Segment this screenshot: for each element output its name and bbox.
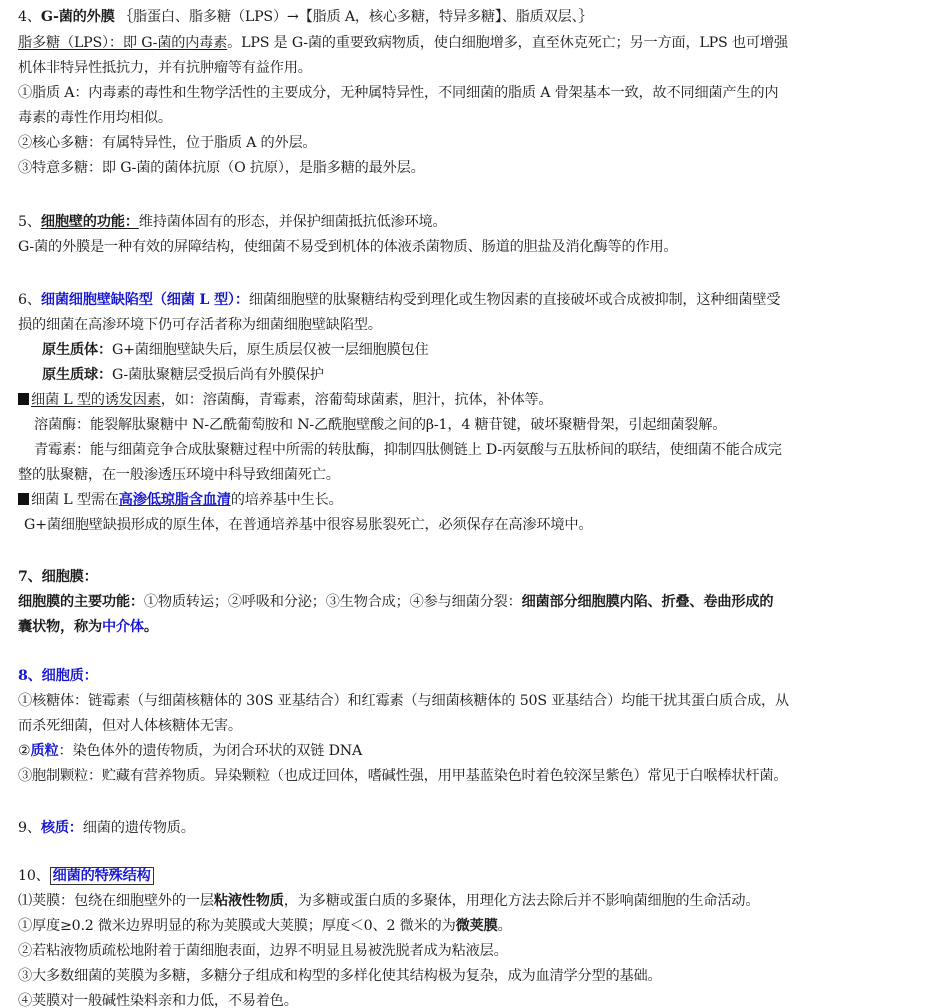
section-5-heading: 5、细胞壁的功能：维持菌体固有的形态，并保护细菌抵抗低渗环境。	[18, 212, 446, 234]
capsule-item-1: ①厚度≥0.2 微米边界明显的称为荚膜或大荚膜；厚度＜0、2 微米的为微荚膜。	[18, 916, 512, 938]
penicillin-line-cont: 整的肽聚糖，在一般渗透压环境中科导致细菌死亡。	[18, 465, 340, 487]
penicillin-line: 青霉素：能与细菌竞争合成肽聚糖过程中所需的转肽酶，抑制四肽侧链上 D-丙氨酸与五…	[34, 440, 782, 462]
protoplast-line: 原生质体：G+菌细胞壁缺失后，原生质层仅被一层细胞膜包住	[42, 340, 429, 362]
square-bullet-icon	[18, 393, 29, 405]
mesosome-description: 细菌部分细胞膜内陷、折叠、卷曲形成的	[522, 594, 774, 610]
growth-post: 的培养基中生长。	[231, 492, 343, 508]
plasmid-text: ：染色体外的遗传物质，为闭合环状的双链 DNA	[59, 743, 363, 759]
period: 。	[498, 918, 512, 934]
plasmid-item: ②质粒：染色体外的遗传物质，为闭合环状的双链 DNA	[18, 741, 362, 763]
growth-pre: 细菌 L 型需在	[31, 492, 119, 508]
granule-item: ③胞制颗粒：贮藏有营养物质。异染颗粒（也成迂回体，嗜碱性强，用甲基蓝染色时着色较…	[18, 766, 787, 788]
induction-text: ，如：溶菌酶，青霉素，溶葡萄球菌素，胆汁，抗体，补体等。	[161, 392, 553, 408]
spheroplast-line: 原生质球：G-菌肽聚糖层受损后尚有外膜保护	[42, 365, 324, 387]
capsule-thickness: ①厚度≥0.2 微米边界明显的称为荚膜或大荚膜；厚度＜0、2 微米的为	[18, 918, 456, 934]
document-page: 4、G-菌的外膜 ｛脂蛋白、脂多糖（LPS）→【脂质 A，核心多糖，特异多糖】、…	[0, 0, 938, 7]
gplus-protoplast-line: G+菌细胞壁缺损形成的原生体，在普通培养基中很容易胀裂死亡，必须保存在高渗环境中…	[24, 515, 592, 537]
section-number: 9、	[18, 820, 41, 836]
spheroplast-label: 原生质球：	[42, 367, 112, 383]
protoplast-text: G+菌细胞壁缺失后，原生质层仅被一层细胞膜包住	[112, 342, 429, 358]
spheroplast-text: G-菌肽聚糖层受损后尚有外膜保护	[112, 367, 324, 383]
ribosome-item: ①核糖体：链霉素（与细菌核糖体的 30S 亚基结合）和红霉素（与细菌核糖体的 5…	[18, 691, 789, 713]
mesosome-pre: 囊状物，称为	[18, 619, 102, 635]
section-title: 细菌细胞壁缺陷型（细菌 L 型）：	[41, 292, 249, 308]
section-title: G-菌的外膜	[41, 9, 115, 25]
section-number: 6、	[18, 292, 41, 308]
high-osmotic-medium-link[interactable]: 高渗低琼脂含血清	[119, 492, 231, 508]
capsule-item-3: ③大多数细菌的荚膜为多糖，多糖分子组成和构型的多样化使其结构极为复杂，成为血清学…	[18, 966, 661, 988]
function-label: 细胞膜的主要功能：	[18, 594, 144, 610]
outer-membrane-structure: ｛脂蛋白、脂多糖（LPS）→【脂质 A，核心多糖，特异多糖】、脂质双层、｝	[119, 9, 593, 25]
l-form-description: 细菌细胞壁的肽聚糖结构受到理化或生物因素的直接破坏或合成被抑制，这种细菌壁受	[249, 292, 781, 308]
lps-description: 。LPS 是 G-菌的重要致病物质，使白细胞增多，直至休克死亡；另一方面，LPS…	[227, 35, 788, 51]
section-8-heading: 8、细胞质：	[18, 666, 98, 688]
mesosome-term: 中介体	[102, 619, 144, 635]
section-number: 10、	[18, 868, 50, 884]
lipid-a-item: ①脂质 A：内毒素的毒性和生物学活性的主要成分，无种属特异性，不同细菌的脂质 A…	[18, 83, 778, 105]
lps-definition-line: 脂多糖（LPS）：即 G-菌的内毒素。LPS 是 G-菌的重要致病物质，使白细胞…	[18, 33, 788, 55]
lysozyme-line: 溶菌酶：能裂解肽聚糖中 N-乙酰葡萄胺和 N-乙酰胞壁酸之间的β-1，4 糖苷键…	[34, 415, 726, 437]
section-6-heading: 6、细菌细胞壁缺陷型（细菌 L 型）：细菌细胞壁的肽聚糖结构受到理化或生物因素的…	[18, 290, 780, 312]
capsule-item-4: ④荚膜对一般碱性染料亲和力低，不易着色。	[18, 991, 298, 1008]
lps-description-cont: 机体非特异性抵抗力，并有抗肿瘤等有益作用。	[18, 58, 312, 80]
lipid-a-item-cont: 毒素的毒性作用均相似。	[18, 108, 172, 130]
square-bullet-icon	[18, 493, 29, 505]
section-4-heading: 4、G-菌的外膜 ｛脂蛋白、脂多糖（LPS）→【脂质 A，核心多糖，特异多糖】、…	[18, 7, 593, 29]
section-number: 4、	[18, 9, 41, 25]
special-structures-title: 细菌的特殊结构	[50, 867, 154, 885]
plasmid-label: 质粒	[31, 743, 59, 759]
mesosome-line: 囊状物，称为中介体。	[18, 617, 158, 639]
mesosome-end: 。	[144, 619, 158, 635]
outer-membrane-barrier: G-菌的外膜是一种有效的屏障结构，使细菌不易受到机体的体液杀菌物质、肠道的胆盐及…	[18, 237, 677, 259]
core-polysaccharide-item: ②核心多糖：有属特异性，位于脂质 A 的外层。	[18, 133, 316, 155]
capsule-item-2: ②若粘液物质疏松地附着于菌细胞表面，边界不明显且易被洗脱者成为粘液层。	[18, 941, 508, 963]
cell-wall-function: 维持菌体固有的形态，并保护细菌抵抗低渗环境。	[139, 214, 447, 230]
nucleoid-text: 细菌的遗传物质。	[83, 820, 195, 836]
membrane-function-line: 细胞膜的主要功能：①物质转运；②呼吸和分泌；③生物合成；④参与细菌分裂：细菌部分…	[18, 592, 773, 614]
induction-factors-line: 细菌 L 型的诱发因素，如：溶菌酶，青霉素，溶葡萄球菌素，胆汁，抗体，补体等。	[18, 390, 552, 412]
specific-polysaccharide-item: ③特意多糖：即 G-菌的菌体抗原（O 抗原），是脂多糖的最外层。	[18, 158, 425, 180]
function-text: ①物质转运；②呼吸和分泌；③生物合成；④参与细菌分裂：	[144, 594, 522, 610]
section-9-heading: 9、核质：细菌的遗传物质。	[18, 818, 195, 840]
section-10-heading: 10、细菌的特殊结构	[18, 866, 154, 888]
induction-label: 细菌 L 型的诱发因素	[31, 392, 161, 408]
nucleoid-label: 核质：	[41, 820, 83, 836]
l-form-description-cont: 损的细菌在高渗环境下仍可存活者称为细菌细胞壁缺陷型。	[18, 315, 382, 337]
capsule-line: ⑴荚膜：包绕在细胞壁外的一层粘液性物质，为多糖或蛋白质的多聚体，用理化方法去除后…	[18, 891, 759, 913]
capsule-post: ，为多糖或蛋白质的多聚体，用理化方法去除后并不影响菌细胞的生命活动。	[284, 893, 760, 909]
protoplast-label: 原生质体：	[42, 342, 112, 358]
section-title: 细胞壁的功能：	[41, 214, 139, 230]
ribosome-item-cont: 而杀死细菌，但对人体核糖体无害。	[18, 716, 242, 738]
section-number: 5、	[18, 214, 41, 230]
item-number: ②	[18, 743, 31, 759]
growth-medium-line: 细菌 L 型需在高渗低琼脂含血清的培养基中生长。	[18, 490, 343, 512]
capsule-pre: ⑴荚膜：包绕在细胞壁外的一层	[18, 893, 214, 909]
microcapsule-term: 微荚膜	[456, 918, 498, 934]
section-7-heading: 7、细胞膜：	[18, 567, 98, 589]
capsule-bold: 粘液性物质	[214, 893, 284, 909]
lps-definition: 脂多糖（LPS）：即 G-菌的内毒素	[18, 35, 227, 51]
